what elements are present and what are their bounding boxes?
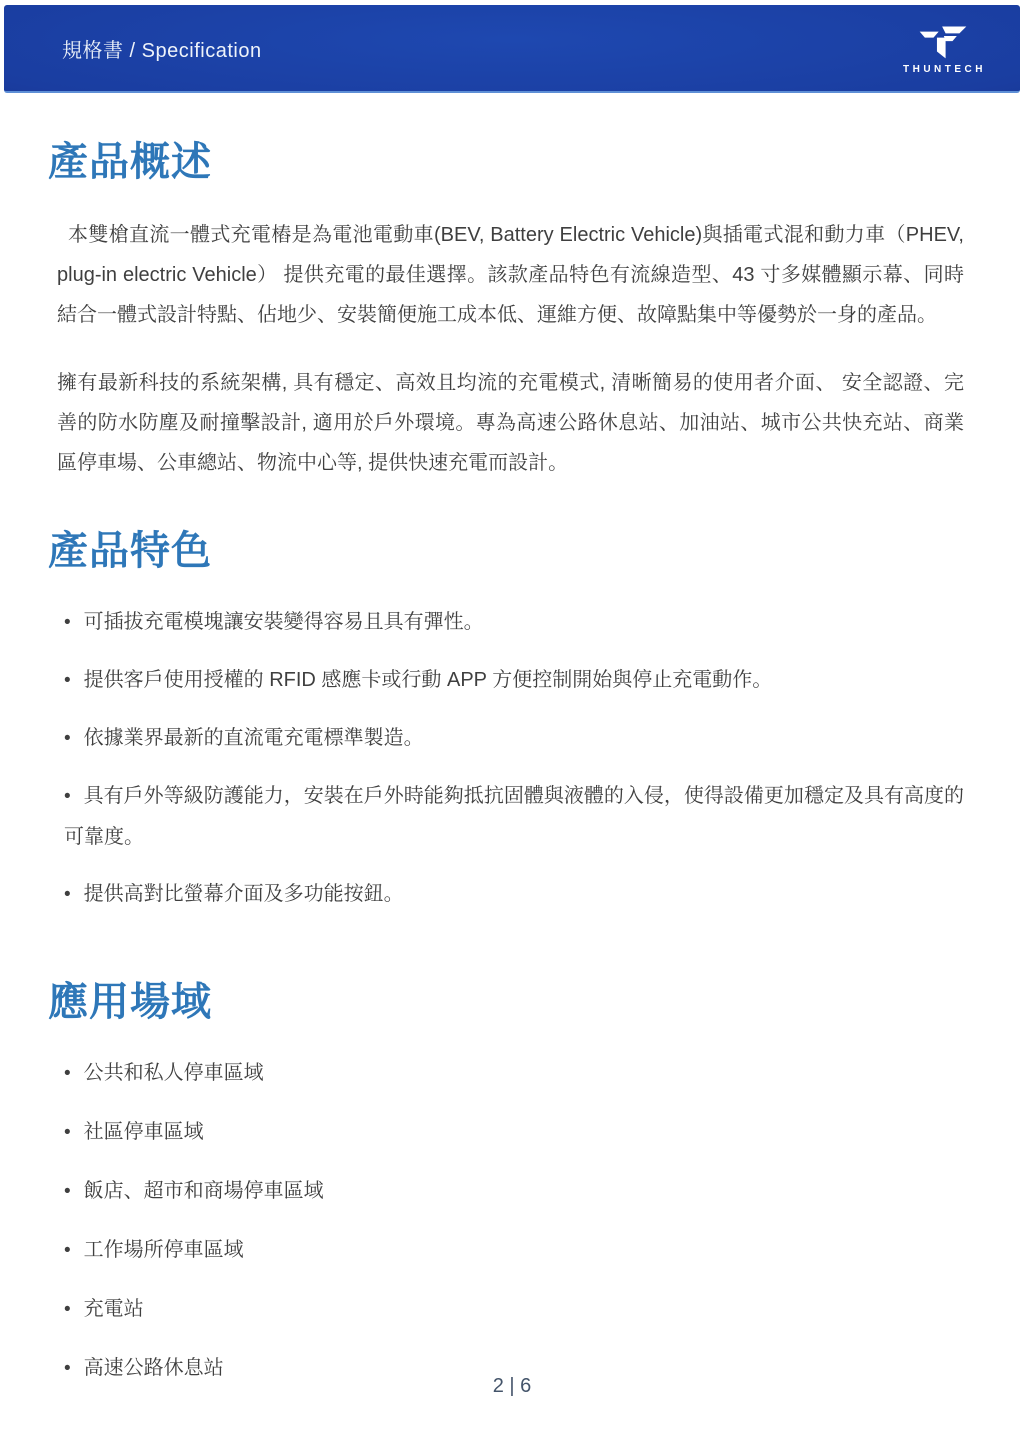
- list-item: 充電站: [64, 1289, 964, 1330]
- page-header: 規格書 / Specification THUNTECH: [4, 5, 1020, 93]
- list-item: 公共和私人停車區域: [64, 1053, 964, 1094]
- list-item: 提供客戶使用授權的 RFID 感應卡或行動 APP 方便控制開始與停止充電動作。: [64, 660, 964, 701]
- section-heading-overview: 產品概述: [0, 98, 1024, 187]
- spec-sheet-page: 規格書 / Specification THUNTECH 產品概述 本雙槍直流一…: [0, 0, 1024, 1448]
- application-list: 公共和私人停車區域社區停車區域飯店、超市和商場停車區域工作場所停車區域充電站高速…: [0, 1053, 964, 1389]
- list-item: 具有戶外等級防護能力，安裝在戶外時能夠抵抗固體與液體的入侵，使得設備更加穩定及具…: [64, 776, 964, 857]
- section-heading-applications: 應用場域: [0, 932, 1024, 1027]
- list-item: 可插拔充電模塊讓安裝變得容易且具有彈性。: [64, 602, 964, 643]
- header-title: 規格書 / Specification: [62, 34, 262, 63]
- list-item: 工作場所停車區域: [64, 1230, 964, 1271]
- overview-paragraph-1: 本雙槍直流一體式充電樁是為電池電動車(BEV, Battery Electric…: [57, 215, 964, 335]
- list-item: 社區停車區域: [64, 1112, 964, 1153]
- page-number: 2 | 6: [0, 1375, 1024, 1398]
- overview-paragraph-2: 擁有最新科技的系統架構, 具有穩定、高效且均流的充電模式, 清晰簡易的使用者介面…: [57, 363, 964, 483]
- list-item: 飯店、超市和商場停車區域: [64, 1171, 964, 1212]
- list-item: 提供高對比螢幕介面及多功能按鈕。: [64, 874, 964, 915]
- thuntech-logo-icon: [916, 23, 970, 61]
- thuntech-logo-wordmark: THUNTECH: [900, 64, 987, 75]
- feature-list: 可插拔充電模塊讓安裝變得容易且具有彈性。提供客戶使用授權的 RFID 感應卡或行…: [0, 602, 964, 915]
- section-heading-features: 產品特色: [0, 483, 1024, 576]
- list-item: 依據業界最新的直流電充電標準製造。: [64, 718, 964, 759]
- thuntech-logo: THUNTECH: [900, 23, 987, 75]
